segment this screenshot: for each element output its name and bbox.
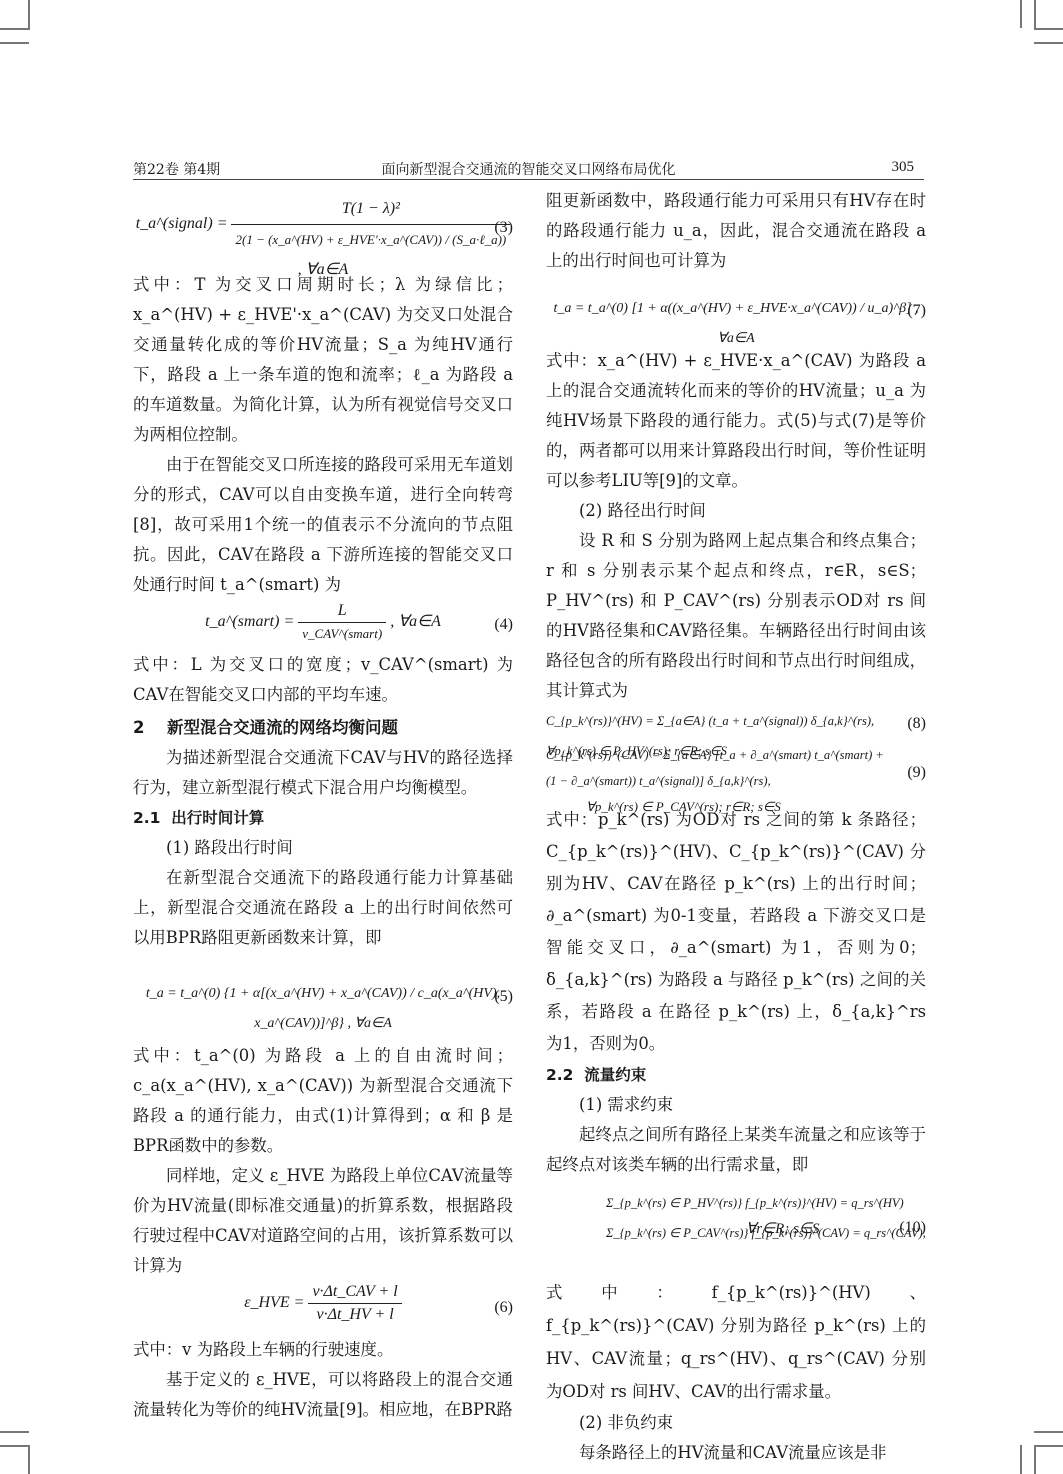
section-heading-2-2: 2.2 流量约束 bbox=[546, 1060, 926, 1090]
section-number: 2.1 bbox=[133, 809, 160, 827]
equation-3: t_a^(signal) = T(1 − λ)² 2(1 − (x_a^(HV)… bbox=[133, 186, 513, 270]
subheading: (1) 需求约束 bbox=[546, 1090, 926, 1120]
eq6-number: (6) bbox=[494, 1293, 513, 1323]
paragraph: 阻更新函数中，路段通行能力可采用只有HV存在时的路段通行能力 u_a，因此，混合… bbox=[546, 186, 926, 276]
eq6-denominator: v·Δt_HV + l bbox=[308, 1304, 401, 1326]
equation-6: ε_HVE = v·Δt_CAV + l v·Δt_HV + l (6) bbox=[133, 1281, 513, 1335]
crop-mark-tl-h2 bbox=[0, 42, 29, 44]
paragraph: 式中：v 为路段上车辆的行驶速度。 bbox=[133, 1335, 513, 1365]
crop-mark-br-h2 bbox=[1034, 1445, 1063, 1447]
eq3-fraction: T(1 − λ)² 2(1 − (x_a^(HV) + ε_HVE'·x_a^(… bbox=[231, 194, 510, 255]
equation-4: t_a^(smart) = L v_CAV^(smart) , ∀a∈A (4) bbox=[133, 600, 513, 650]
crop-mark-bl-v bbox=[28, 1445, 30, 1474]
eq4-lhs: t_a^(smart) = bbox=[205, 613, 294, 630]
eq6-numerator: v·Δt_CAV + l bbox=[308, 1281, 401, 1304]
paragraph: 式中：T 为交叉口周期时长；λ 为绿信比；x_a^(HV) + ε_HVE'·x… bbox=[133, 270, 513, 450]
eq10-line2: Σ_{p_k^(rs) ∈ P_CAV^(rs)} f_{p_k^(rs)}^(… bbox=[546, 1218, 926, 1248]
crop-mark-br-h1 bbox=[1034, 1431, 1063, 1433]
section-heading-2: 2新型混合交通流的网络均衡问题 bbox=[133, 713, 513, 743]
eq10-number: (10) bbox=[899, 1213, 926, 1243]
eq4-numerator: L bbox=[298, 600, 386, 623]
section-number: 2 bbox=[133, 713, 167, 743]
section-number: 2.2 bbox=[546, 1066, 573, 1084]
eq3-lhs: t_a^(signal) = bbox=[136, 215, 228, 232]
section-title: 新型混合交通流的网络均衡问题 bbox=[167, 718, 398, 737]
eq8-number: (8) bbox=[907, 709, 926, 739]
eq7-body: [1 + α((x_a^(HV) + ε_HVE·x_a^(CAV)) / u_… bbox=[631, 301, 911, 316]
eq10-condition: ∀r∈R; s∈S bbox=[746, 1214, 819, 1244]
running-title: 面向新型混合交通流的智能交叉口网络布局优化 bbox=[133, 159, 924, 179]
paragraph: 式中：x_a^(HV) + ε_HVE·x_a^(CAV) 为路段 a 上的混合… bbox=[546, 346, 926, 496]
subheading: (2) 非负约束 bbox=[546, 1408, 926, 1438]
eq4-number: (4) bbox=[494, 610, 513, 640]
paragraph: 为描述新型混合交通流下CAV与HV的路径选择行为，建立新型混行模式下混合用户均衡… bbox=[133, 743, 513, 803]
page-number: 305 bbox=[892, 159, 915, 176]
right-column: 阻更新函数中，路段通行能力可采用只有HV存在时的路段通行能力 u_a，因此，混合… bbox=[546, 186, 926, 1468]
eq5-number: (5) bbox=[494, 982, 513, 1012]
running-header: 第22卷 第4期 面向新型混合交通流的智能交叉口网络布局优化 305 bbox=[133, 157, 924, 180]
crop-mark-tr-h1 bbox=[1034, 28, 1063, 30]
left-column: t_a^(signal) = T(1 − λ)² 2(1 − (x_a^(HV)… bbox=[133, 186, 513, 1425]
paragraph: 起终点之间所有路径上某类车流量之和应该等于起终点对该类车辆的出行需求量，即 bbox=[546, 1120, 926, 1180]
eq4-fraction: L v_CAV^(smart) bbox=[298, 600, 386, 645]
equation-7: t_a = t_a^(0) [1 + α((x_a^(HV) + ε_HVE·x… bbox=[546, 276, 926, 346]
eq5-condition: , ∀a∈A bbox=[347, 1016, 391, 1031]
crop-mark-tl-v bbox=[28, 0, 30, 28]
eq6-lhs: ε_HVE = bbox=[244, 1294, 304, 1311]
eq7-number: (7) bbox=[907, 296, 926, 326]
subheading: (2) 路径出行时间 bbox=[546, 496, 926, 526]
eq9-line1: C_{p_k^(rs)}^(CAV) = Σ_{a∈A} [t_a + ∂_a^… bbox=[546, 742, 926, 794]
crop-mark-br-v1 bbox=[1020, 1445, 1022, 1474]
eq9-number: (9) bbox=[907, 760, 926, 786]
crop-mark-bl-h2 bbox=[0, 1445, 29, 1447]
crop-mark-tl-h1 bbox=[0, 28, 30, 30]
equation-5: t_a = t_a^(0) {1 + α[(x_a^(HV) + x_a^(CA… bbox=[133, 953, 513, 1041]
crop-mark-tr-v1 bbox=[1020, 0, 1022, 28]
crop-mark-tr-h2 bbox=[1034, 42, 1063, 44]
paragraph: 每条路径上的HV流量和CAV流量应该是非 bbox=[546, 1438, 926, 1468]
paragraph: 式中：p_k^(rs) 为OD对 rs 之间的第 k 条路径；C_{p_k^(r… bbox=[546, 804, 926, 1060]
eq3-condition: , ∀a∈A bbox=[298, 261, 349, 278]
eq9-line2: ∀p_k^(rs) ∈ P_CAV^(rs); r∈R; s∈S bbox=[546, 794, 926, 820]
eq3-denominator: 2(1 − (x_a^(HV) + ε_HVE'·x_a^(CAV)) / (S… bbox=[231, 225, 510, 255]
crop-mark-bl-h1 bbox=[0, 1431, 29, 1433]
paragraph: 式中：L 为交叉口的宽度；v_CAV^(smart) 为CAV在智能交叉口内部的… bbox=[133, 650, 513, 710]
crop-mark-tr-v2 bbox=[1034, 0, 1036, 28]
eq6-fraction: v·Δt_CAV + l v·Δt_HV + l bbox=[308, 1281, 401, 1326]
paragraph: 设 R 和 S 分别为路网上起点集合和终点集合；r 和 s 分别表示某个起点和终… bbox=[546, 526, 926, 706]
equation-10: Σ_{p_k^(rs) ∈ P_HV^(rs)} f_{p_k^(rs)}^(H… bbox=[546, 1180, 926, 1276]
eq4-denominator: v_CAV^(smart) bbox=[298, 623, 386, 645]
eq5-lhs: t_a = t_a^(0) bbox=[146, 986, 220, 1001]
paragraph: 基于定义的 ε_HVE，可以将路段上的混合交通流量转化为等价的纯HV流量[9]。… bbox=[133, 1365, 513, 1425]
eq4-condition: , ∀a∈A bbox=[390, 613, 441, 630]
section-heading-2-1: 2.1 出行时间计算 bbox=[133, 803, 513, 833]
equation-8: C_{p_k^(rs)}^(HV) = Σ_{a∈A} (t_a + t_a^(… bbox=[546, 706, 926, 742]
subheading: (1) 路段出行时间 bbox=[133, 833, 513, 863]
eq3-numerator: T(1 − λ)² bbox=[231, 194, 510, 225]
paragraph: 式中：f_{p_k^(rs)}^(HV)、f_{p_k^(rs)}^(CAV) … bbox=[546, 1276, 926, 1408]
eq7-lhs: t_a = t_a^(0) bbox=[553, 301, 627, 316]
equation-9: C_{p_k^(rs)}^(CAV) = Σ_{a∈A} [t_a + ∂_a^… bbox=[546, 742, 926, 804]
paragraph: 在新型混合交通流下的路段通行能力计算基础上，新型混合交通流在路段 a 上的出行时… bbox=[133, 863, 513, 953]
eq10-line1: Σ_{p_k^(rs) ∈ P_HV^(rs)} f_{p_k^(rs)}^(H… bbox=[546, 1180, 926, 1218]
paragraph: 由于在智能交叉口所连接的路段可采用无车道划分的形式，CAV可以自由变换车道，进行… bbox=[133, 450, 513, 600]
paragraph: 式中：t_a^(0) 为路段 a 上的自由流时间；c_a(x_a^(HV), x… bbox=[133, 1041, 513, 1161]
section-title: 出行时间计算 bbox=[171, 809, 264, 827]
section-title: 流量约束 bbox=[584, 1066, 646, 1084]
eq3-number: (3) bbox=[494, 213, 513, 243]
paragraph: 同样地，定义 ε_HVE 为路段上单位CAV流量等价为HV流量(即标准交通量)的… bbox=[133, 1161, 513, 1281]
crop-mark-br-v2 bbox=[1034, 1445, 1036, 1474]
